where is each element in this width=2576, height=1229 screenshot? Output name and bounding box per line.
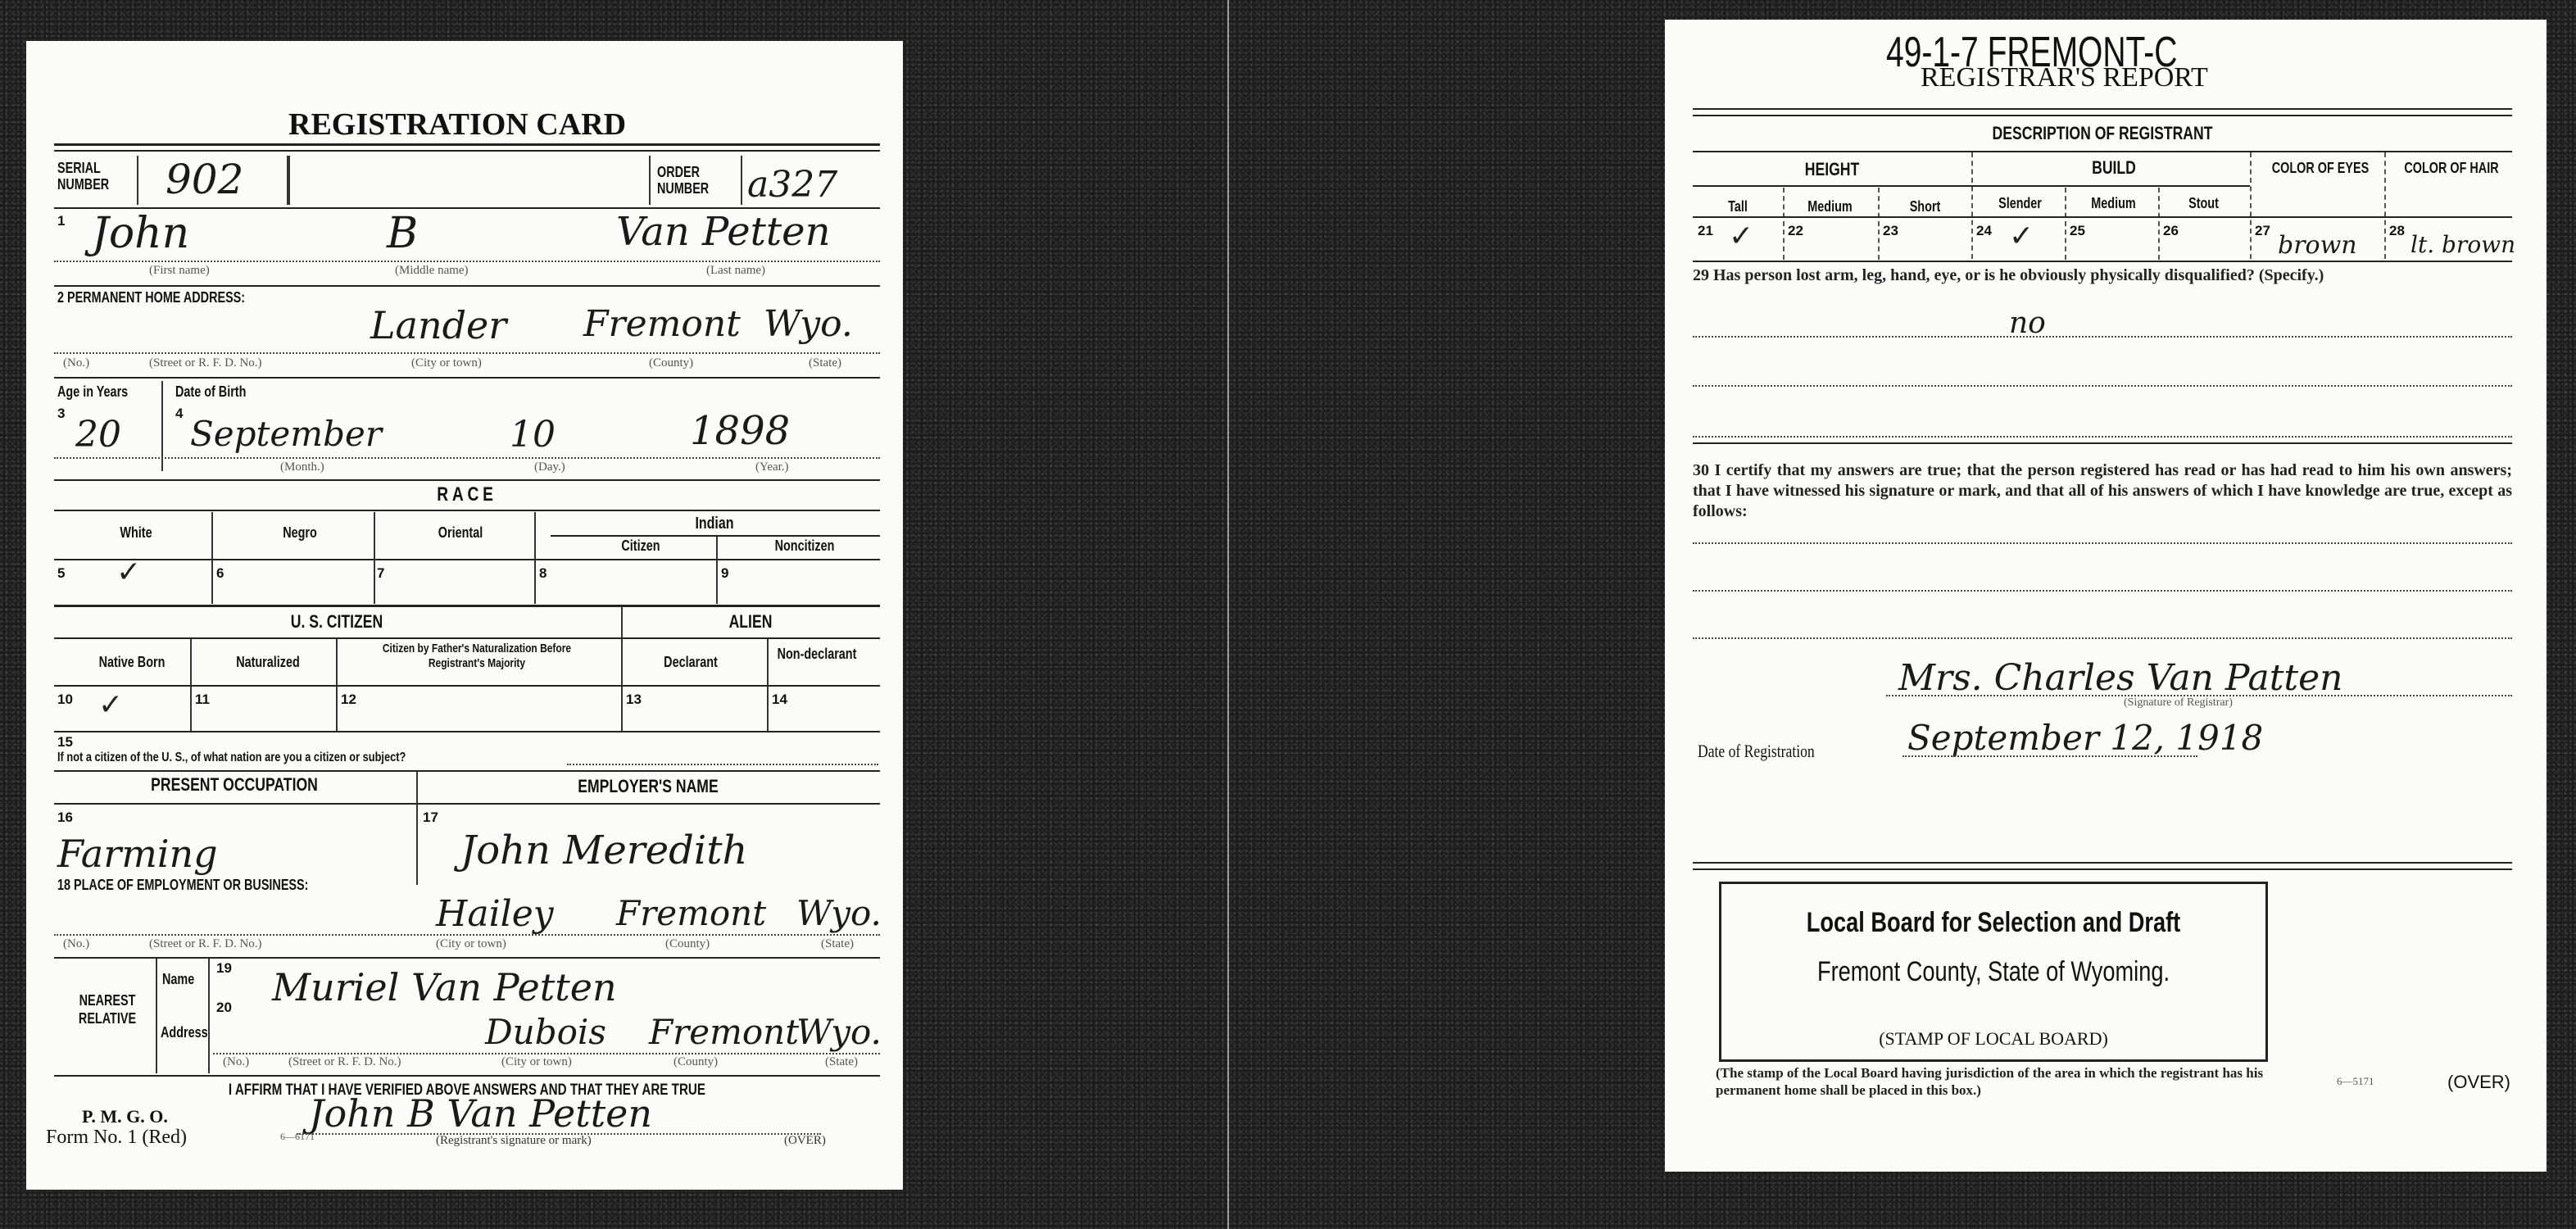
race-column-indian-citizen: Citizen	[569, 537, 713, 555]
place-caption: (County)	[665, 937, 710, 951]
question-29-text: 29 Has person lost arm, leg, hand, eye, …	[1693, 265, 2512, 286]
print-code: 6—5171	[2337, 1075, 2374, 1088]
over-label: (OVER)	[2447, 1072, 2510, 1093]
stamp-line-2: Fremont County, State of Wyoming.	[1776, 956, 2211, 988]
dob-year-value: 1898	[690, 408, 790, 454]
height-column-tall: Tall	[1702, 198, 1774, 215]
race-white-checkmark: ✓	[116, 556, 141, 589]
fill-line	[1693, 385, 2512, 387]
employer-heading: EMPLOYER'S NAME	[463, 776, 834, 797]
local-board-stamp-box: Local Board for Selection and Draft Frem…	[1719, 882, 2268, 1062]
field-number: 21	[1698, 223, 1713, 239]
field-number: 17	[423, 810, 438, 826]
fill-line	[1693, 436, 2512, 438]
place-caption: (No.)	[63, 937, 89, 951]
signature-caption: (Registrant's signature or mark)	[436, 1134, 592, 1148]
fill-line	[213, 1053, 880, 1054]
place-caption: (State)	[821, 937, 854, 951]
field-number: 13	[626, 692, 642, 708]
fill-line	[54, 352, 880, 354]
registrar-signature: Mrs. Charles Van Patten	[1898, 657, 2342, 699]
alien-column-declarant: Declarant	[635, 654, 746, 671]
race-column-indian-noncitizen: Noncitizen	[746, 537, 864, 555]
registrant-signature: John B Van Petten	[309, 1091, 652, 1136]
dob-label: Date of Birth	[175, 383, 246, 401]
divider	[54, 559, 880, 560]
address-county-value: Fremont	[583, 303, 741, 345]
relative-caption: (No.)	[223, 1055, 249, 1069]
height-heading: HEIGHT	[1721, 159, 1943, 180]
divider	[1693, 108, 2512, 110]
field-number: 25	[2070, 223, 2085, 239]
fill-line	[54, 261, 880, 262]
divider	[1693, 185, 2250, 187]
relative-county-value: Fremont	[649, 1012, 799, 1052]
field-number: 9	[721, 565, 728, 582]
divider	[54, 377, 880, 379]
field-number: 8	[539, 565, 546, 582]
dob-day-value: 10	[510, 414, 556, 456]
fill-line	[1693, 542, 2512, 544]
divider	[1693, 868, 2512, 870]
divider	[1693, 151, 2512, 152]
divider	[1693, 115, 2512, 116]
divider	[1693, 442, 2512, 444]
stamp-caption: (STAMP OF LOCAL BOARD)	[1721, 1028, 2265, 1050]
fill-line	[1693, 637, 2512, 639]
divider	[137, 156, 138, 205]
first-name-caption: (First name)	[149, 264, 210, 278]
stamp-instruction-note: (The stamp of the Local Board having jur…	[1716, 1064, 2273, 1099]
divider	[2158, 188, 2160, 260]
us-citizen-heading: U. S. CITIZEN	[111, 611, 563, 633]
fill-line	[1693, 590, 2512, 592]
divider	[54, 957, 880, 959]
field-number: 3	[57, 406, 65, 422]
card-title: REGISTRATION CARD	[288, 107, 626, 143]
description-heading: DESCRIPTION OF REGISTRANT	[1775, 123, 2430, 144]
divider	[716, 537, 718, 604]
address-caption: (Street or R. F. D. No.)	[149, 356, 262, 370]
eye-color-heading: COLOR OF EYES	[2268, 159, 2373, 177]
address-caption: (State)	[809, 356, 841, 370]
dob-caption: (Day.)	[534, 460, 565, 474]
hair-color-value: lt. brown	[2410, 231, 2515, 258]
fill-line	[1693, 336, 2512, 338]
divider	[374, 512, 375, 604]
relative-name-label: Name	[162, 971, 194, 988]
race-heading: RACE	[137, 483, 797, 506]
race-column-white: White	[70, 524, 202, 542]
field-number: 23	[1883, 223, 1898, 239]
field-number: 24	[1976, 223, 1992, 239]
field-number: 27	[2255, 223, 2270, 239]
race-column-oriental: Oriental	[395, 524, 526, 542]
field-number: 6	[216, 565, 224, 582]
registration-card: REGISTRATION CARD SERIAL NUMBER 902 ORDE…	[26, 41, 903, 1190]
divider	[156, 959, 157, 1073]
report-title: REGISTRAR'S REPORT	[1921, 62, 2208, 93]
field-number: 22	[1788, 223, 1803, 239]
place-caption: (City or town)	[436, 937, 506, 951]
middle-name-caption: (Middle name)	[395, 264, 469, 278]
fill-line	[567, 764, 878, 765]
field-number: 14	[772, 692, 787, 708]
build-column-stout: Stout	[2166, 195, 2242, 212]
dob-caption: (Month.)	[280, 460, 324, 474]
divider	[54, 803, 880, 805]
divider	[54, 605, 880, 607]
race-column-indian: Indian	[583, 515, 846, 533]
field-number: 16	[57, 810, 73, 826]
divider	[621, 606, 623, 731]
order-number-label: ORDER NUMBER	[657, 164, 723, 197]
form-id-number: Form No. 1 (Red)	[46, 1127, 187, 1149]
field-number: 10	[57, 692, 73, 708]
stamp-line-1: Local Board for Selection and Draft	[1776, 907, 2211, 939]
field-number: 7	[377, 565, 384, 582]
relative-city-value: Dubois	[485, 1012, 606, 1052]
fill-line	[1903, 755, 2197, 757]
divider	[551, 535, 880, 537]
relative-name-value: Muriel Van Petten	[272, 965, 617, 1009]
divider	[1971, 152, 1973, 259]
divider	[534, 512, 536, 604]
address-state-value: Wyo.	[764, 303, 853, 345]
field-number: 4	[175, 406, 183, 422]
print-code: 6—6171	[280, 1131, 315, 1143]
relative-address-label: Address	[161, 1024, 208, 1041]
date-of-registration-value: September 12, 1918	[1907, 718, 2263, 758]
last-name-value: Van Petten	[616, 209, 831, 255]
occupation-value: Farming	[57, 832, 218, 876]
alien-heading: ALIEN	[647, 611, 855, 633]
relative-state-value: Wyo.	[796, 1012, 882, 1052]
relative-caption: (City or town)	[501, 1055, 572, 1069]
order-number-value: a327	[747, 164, 837, 206]
age-value: 20	[75, 414, 121, 456]
divider	[54, 150, 880, 152]
last-name-caption: (Last name)	[706, 264, 765, 278]
divider	[741, 156, 742, 205]
native-born-checkmark: ✓	[98, 688, 123, 722]
divider	[54, 637, 880, 639]
dob-month-value: September	[190, 414, 382, 454]
relative-caption: (State)	[825, 1055, 858, 1069]
serial-number-value: 902	[166, 156, 243, 203]
divider	[54, 143, 880, 146]
divider	[54, 479, 880, 481]
address-caption: (County)	[649, 356, 693, 370]
citizen-column-naturalized: Naturalized	[206, 654, 330, 671]
middle-name-value: B	[387, 209, 418, 258]
employer-value: John Meredith	[460, 828, 747, 873]
build-heading: BUILD	[2002, 157, 2225, 179]
place-caption: (Street or R. F. D. No.)	[149, 937, 262, 951]
question-15-label: If not a citizen of the U. S., of what n…	[57, 751, 406, 765]
divider	[54, 685, 880, 687]
divider	[208, 959, 210, 1073]
page-fold-line	[1227, 0, 1229, 1229]
divider	[54, 510, 880, 511]
build-column-medium: Medium	[2076, 195, 2152, 212]
field-number: 20	[216, 1000, 232, 1016]
relative-caption: (County)	[673, 1055, 718, 1069]
alien-column-nondeclarant: Non-declarant	[774, 646, 859, 662]
place-of-employment-label: 18 PLACE OF EMPLOYMENT OR BUSINESS:	[57, 877, 308, 894]
question-29-answer: no	[2009, 306, 2046, 340]
divider	[287, 156, 290, 205]
field-number: 26	[2163, 223, 2179, 239]
divider	[1693, 261, 2512, 262]
divider	[1878, 188, 1880, 260]
fill-line	[54, 934, 880, 936]
form-id-pmgo: P. M. G. O.	[82, 1106, 168, 1127]
field-number: 15	[57, 734, 73, 751]
divider	[2065, 188, 2066, 260]
field-number: 19	[216, 960, 232, 977]
field-number: 5	[57, 565, 65, 582]
divider	[54, 770, 880, 772]
citizen-column-native-born: Native Born	[70, 654, 194, 671]
race-column-negro: Negro	[234, 524, 365, 542]
date-of-registration-label: Date of Registration	[1698, 741, 1815, 762]
hair-color-heading: COLOR OF HAIR	[2402, 159, 2501, 177]
registrar-signature-caption: (Signature of Registrar)	[2124, 696, 2233, 710]
first-name-value: John	[92, 209, 189, 258]
permanent-address-label: 2 PERMANENT HOME ADDRESS:	[57, 289, 245, 306]
place-county-value: Fremont	[616, 893, 766, 933]
address-caption: (No.)	[63, 356, 89, 370]
divider	[54, 1075, 880, 1077]
age-label: Age in Years	[57, 383, 128, 401]
build-slender-checkmark: ✓	[2009, 220, 2034, 253]
divider	[1783, 188, 1785, 260]
place-city-value: Hailey	[436, 893, 554, 935]
address-city-value: Lander	[370, 303, 506, 347]
field-number: 1	[57, 213, 65, 229]
divider	[1693, 862, 2512, 864]
height-column-medium: Medium	[1793, 198, 1868, 215]
field-number: 28	[2389, 223, 2405, 239]
over-label: (OVER)	[784, 1134, 826, 1148]
field-number: 11	[195, 692, 210, 708]
fill-line	[54, 457, 880, 459]
divider	[1693, 216, 2512, 218]
address-caption: (City or town)	[411, 356, 482, 370]
serial-number-label: SERIAL NUMBER	[57, 160, 129, 193]
eye-color-value: brown	[2278, 231, 2357, 260]
dob-caption: (Year.)	[755, 460, 789, 474]
divider	[211, 512, 213, 604]
divider	[54, 285, 880, 287]
nearest-relative-label: NEAREST RELATIVE	[65, 991, 150, 1027]
occupation-heading: PRESENT OCCUPATION	[90, 774, 379, 796]
build-column-slender: Slender	[1983, 195, 2058, 212]
field-number: 12	[341, 692, 356, 708]
divider	[54, 731, 880, 732]
divider	[2250, 152, 2252, 259]
height-column-short: Short	[1888, 198, 1963, 215]
divider	[2384, 152, 2386, 259]
divider	[649, 156, 651, 205]
registrars-report-card: 49-1-7 FREMONT-C REGISTRAR'S REPORT DESC…	[1665, 20, 2547, 1172]
height-tall-checkmark: ✓	[1729, 220, 1753, 253]
place-state-value: Wyo.	[796, 893, 882, 933]
question-30-certification: 30 I certify that my answers are true; t…	[1693, 460, 2512, 522]
relative-caption: (Street or R. F. D. No.)	[288, 1055, 401, 1069]
divider	[416, 772, 418, 885]
citizen-column-fathers-naturalization: Citizen by Father's Naturalization Befor…	[365, 642, 588, 671]
